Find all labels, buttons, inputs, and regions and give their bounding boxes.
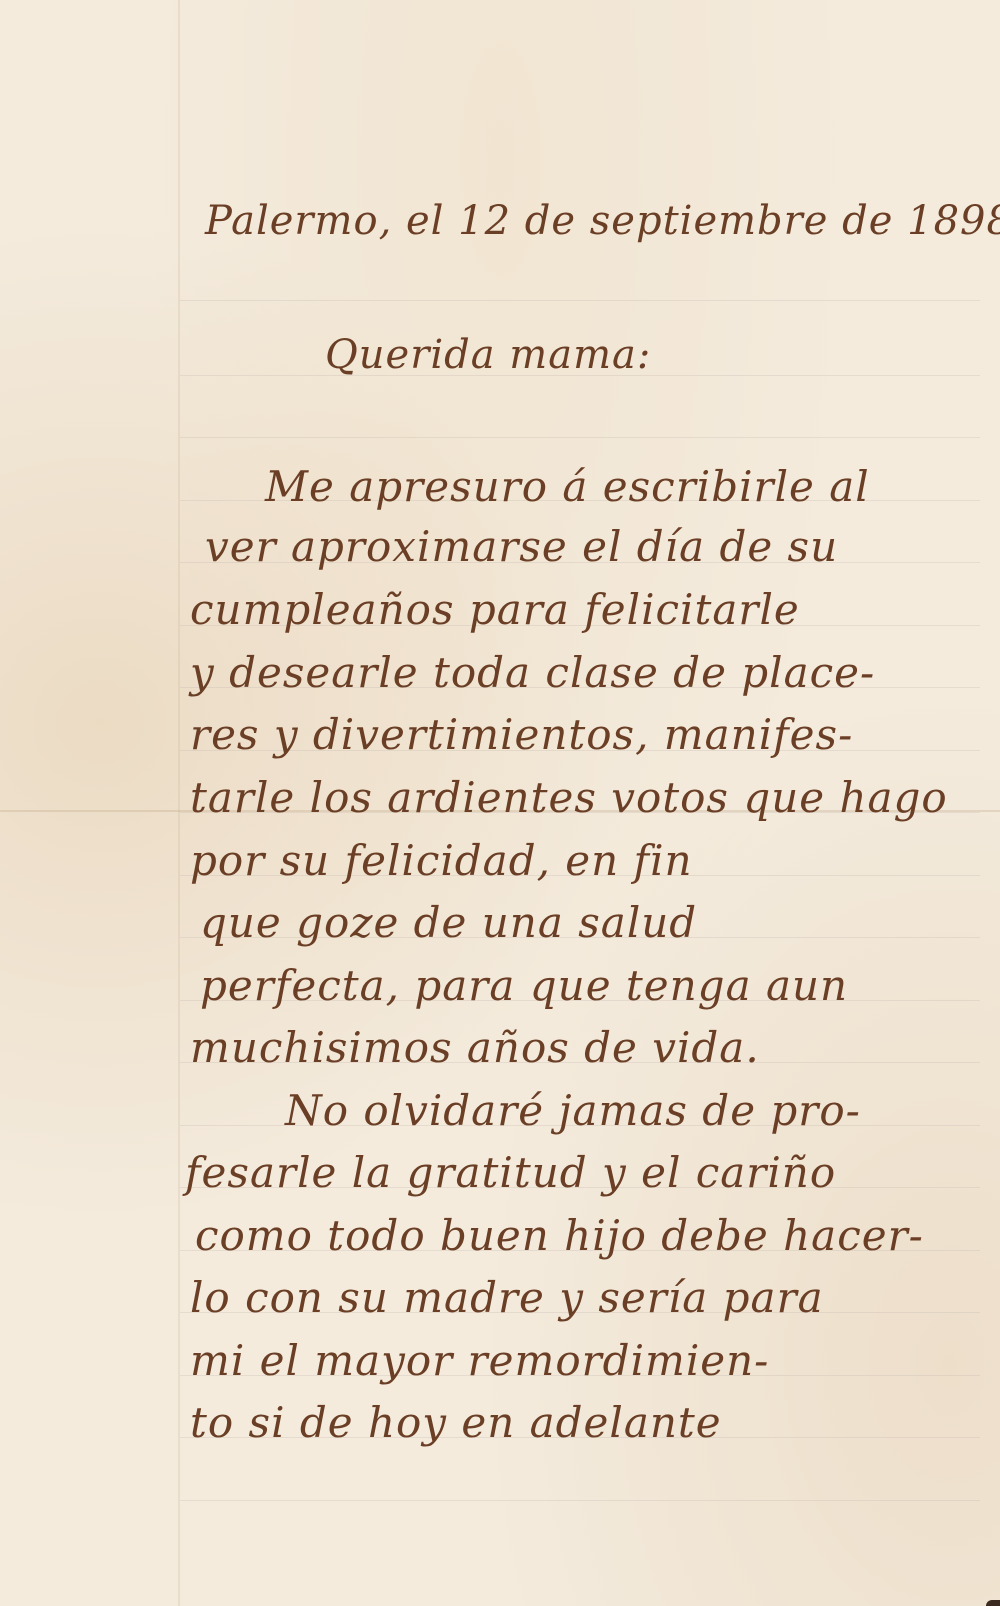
letter-dateline: Palermo, el 12 de septiembre de 1898 [205, 198, 1000, 244]
paper-corner-shadow [986, 1600, 1000, 1606]
letter-body-line: mi el mayor remordimien- [190, 1336, 769, 1385]
letter-body-line: Me apresuro á escribirle al [265, 462, 870, 511]
letter-body-line: lo con su madre y sería para [190, 1273, 824, 1322]
letter-body-line: cumpleaños para felicitarle [190, 585, 800, 634]
letter-body-line: que goze de una salud [200, 898, 697, 947]
paper-fold-vertical [178, 0, 180, 1606]
letter-body-line: muchisimos años de vida. [190, 1023, 760, 1072]
letter-body-line: fesarle la gratitud y el cariño [185, 1148, 836, 1197]
letter-body-line: to si de hoy en adelante [190, 1398, 722, 1447]
ruled-line [180, 300, 980, 301]
ruled-line [180, 437, 980, 438]
letter-body-line: como todo buen hijo debe hacer- [195, 1211, 924, 1260]
letter-body-line: por su felicidad, en fin [190, 836, 693, 885]
letter-body-line: ver aproximarse el día de su [205, 522, 838, 571]
ruled-line [180, 1500, 980, 1501]
letter-body-line: y desearle toda clase de place- [190, 648, 875, 697]
letter-body-line: perfecta, para que tenga aun [200, 961, 848, 1010]
letter-body-line: res y divertimientos, manifes- [190, 710, 853, 759]
letter-body-line: tarle los ardientes votos que hago [190, 773, 948, 822]
letter-body-line: No olvidaré jamas de pro- [285, 1086, 861, 1135]
letter-salutation: Querida mama: [325, 332, 651, 378]
